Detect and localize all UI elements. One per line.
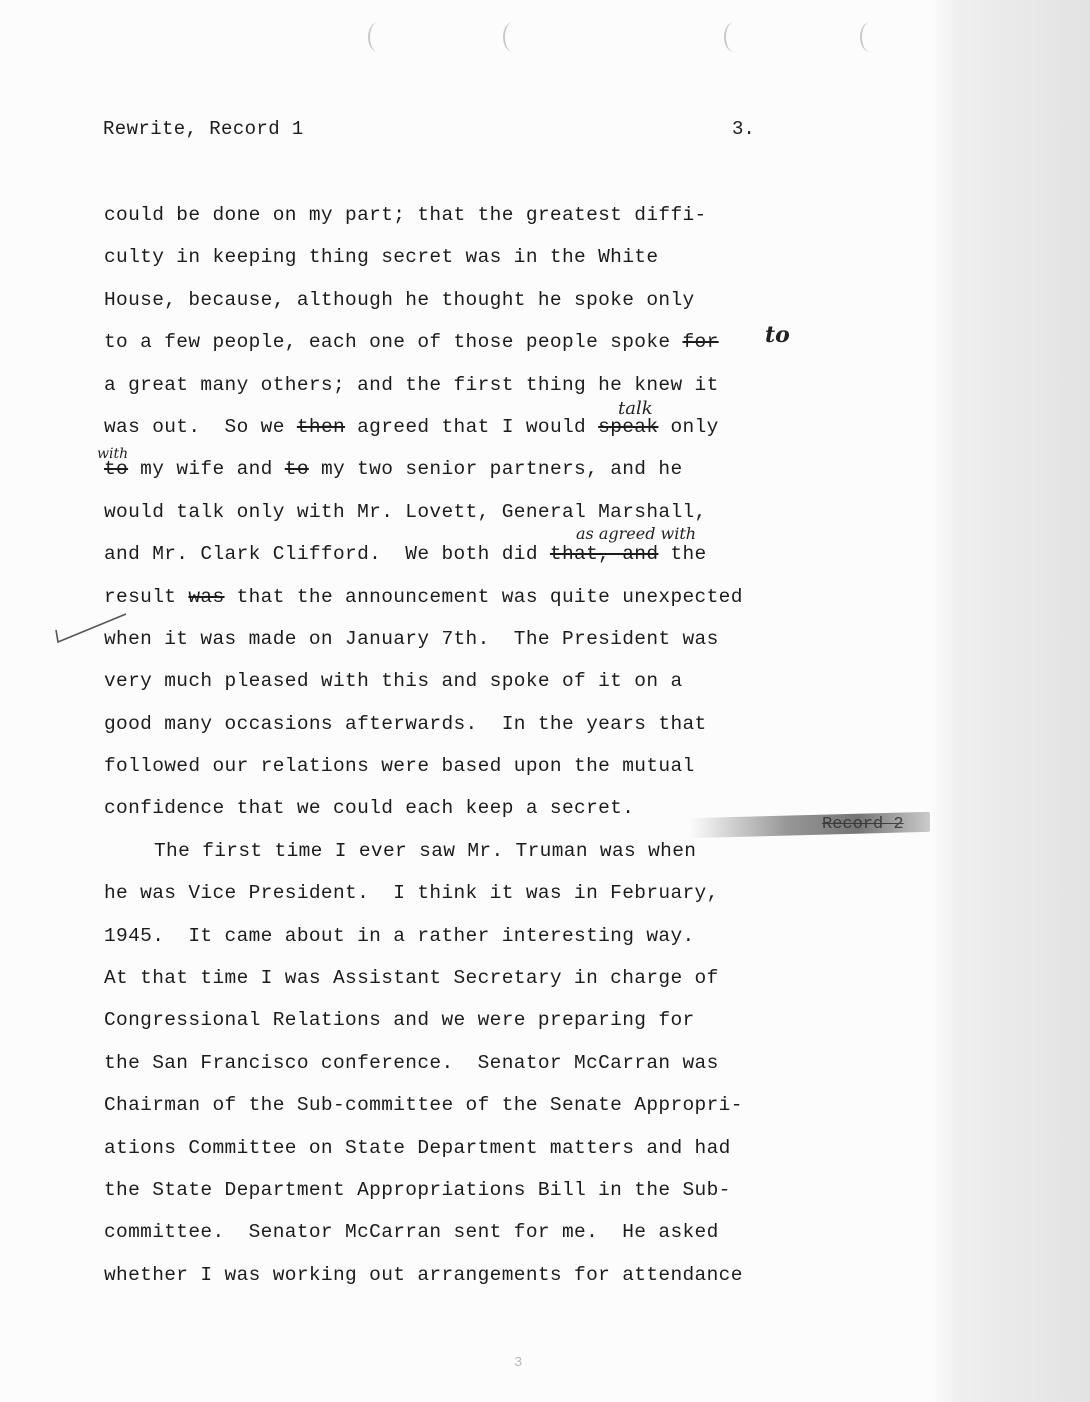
handwritten-insert-to: to — [765, 322, 790, 348]
punch-hole-mark — [860, 22, 880, 52]
text-line: 1945. It came about in a rather interest… — [104, 921, 824, 963]
text-segment: to a few people, each one of those peopl… — [104, 331, 683, 353]
text-line: whether I was working out arrangements f… — [104, 1260, 824, 1302]
document-page: Rewrite, Record 1 3. could be done on my… — [0, 0, 1090, 1402]
text-line: Congressional Relations and we were prep… — [104, 1005, 824, 1047]
document-title: Rewrite, Record 1 — [103, 118, 304, 140]
punch-hole-mark — [724, 22, 744, 52]
text-line: very much pleased with this and spoke of… — [104, 666, 824, 708]
text-line: the State Department Appropriations Bill… — [104, 1175, 824, 1217]
typed-body-text: could be done on my part; that the great… — [104, 200, 824, 1302]
text-segment: agreed that I would — [345, 416, 598, 438]
text-segment: my wife and — [128, 458, 285, 480]
text-segment: the State Department Appropriations Bill… — [104, 1179, 731, 1201]
text-line: The first time I ever saw Mr. Truman was… — [104, 836, 824, 878]
text-segment: result — [104, 586, 188, 608]
text-segment: that the announcement was quite unexpect… — [225, 586, 743, 608]
text-segment: only — [658, 416, 718, 438]
text-line: when it was made on January 7th. The Pre… — [104, 624, 824, 666]
text-line: was out. So we then agreed that I would … — [104, 412, 824, 454]
text-segment: when it was made on January 7th. The Pre… — [104, 628, 719, 650]
text-segment: At that time I was Assistant Secretary i… — [104, 967, 719, 989]
text-line: culty in keeping thing secret was in the… — [104, 242, 824, 284]
text-segment: culty in keeping thing secret was in the… — [104, 246, 658, 268]
struck-text: speak — [598, 416, 658, 438]
text-segment: The first time I ever saw Mr. Truman was… — [154, 840, 696, 862]
page-number: 3. — [732, 118, 755, 140]
text-segment: the San Francisco conference. Senator Mc… — [104, 1052, 719, 1074]
text-segment: Congressional Relations and we were prep… — [104, 1009, 695, 1031]
text-line: the San Francisco conference. Senator Mc… — [104, 1048, 824, 1090]
text-line: ations Committee on State Department mat… — [104, 1133, 824, 1175]
text-segment: could be done on my part; that the great… — [104, 204, 707, 226]
text-line: and Mr. Clark Clifford. We both did that… — [104, 539, 824, 581]
text-segment: committee. Senator McCarran sent for me.… — [104, 1221, 719, 1243]
text-line: would talk only with Mr. Lovett, General… — [104, 497, 824, 539]
text-line: could be done on my part; that the great… — [104, 200, 824, 242]
text-line: followed our relations were based upon t… — [104, 751, 824, 793]
text-segment: whether I was working out arrangements f… — [104, 1264, 743, 1286]
text-segment: ations Committee on State Department mat… — [104, 1137, 731, 1159]
text-line: At that time I was Assistant Secretary i… — [104, 963, 824, 1005]
text-line: to a few people, each one of those peopl… — [104, 327, 824, 369]
text-segment: and Mr. Clark Clifford. We both did — [104, 543, 550, 565]
text-segment: would talk only with Mr. Lovett, General… — [104, 501, 707, 523]
text-segment: followed our relations were based upon t… — [104, 755, 695, 777]
text-segment: confidence that we could each keep a sec… — [104, 797, 634, 819]
handwritten-insert-talk: talk — [618, 398, 653, 419]
punch-hole-mark — [503, 22, 523, 52]
margin-checkmark-icon — [48, 610, 128, 660]
text-segment: he was Vice President. I think it was in… — [104, 882, 719, 904]
struck-text: to — [285, 458, 309, 480]
punch-hole-mark — [368, 22, 388, 52]
struck-text: then — [297, 416, 345, 438]
text-segment: House, because, although he thought he s… — [104, 289, 695, 311]
text-segment: was out. So we — [104, 416, 297, 438]
text-line: he was Vice President. I think it was in… — [104, 878, 824, 920]
struck-text: was — [188, 586, 224, 608]
footer-page-mark: 3 — [514, 1355, 522, 1371]
struck-text: for — [683, 331, 719, 353]
text-segment: good many occasions afterwards. In the y… — [104, 713, 707, 735]
text-line: committee. Senator McCarran sent for me.… — [104, 1217, 824, 1259]
text-line: Chairman of the Sub-committee of the Sen… — [104, 1090, 824, 1132]
text-segment: very much pleased with this and spoke of… — [104, 670, 683, 692]
text-segment: my two senior partners, and he — [309, 458, 683, 480]
text-segment: a great many others; and the first thing… — [104, 374, 719, 396]
margin-note-record-2: Record 2 — [822, 815, 904, 834]
text-line: House, because, although he thought he s… — [104, 285, 824, 327]
text-line: good many occasions afterwards. In the y… — [104, 709, 824, 751]
struck-text: that, and — [550, 543, 658, 565]
text-line: to my wife and to my two senior partners… — [104, 454, 824, 496]
text-segment: 1945. It came about in a rather interest… — [104, 925, 695, 947]
handwritten-insert-with: with — [97, 446, 128, 462]
text-line: result was that the announcement was qui… — [104, 582, 824, 624]
text-segment: Chairman of the Sub-committee of the Sen… — [104, 1094, 743, 1116]
handwritten-insert-as-agreed-with: as agreed with — [576, 524, 696, 543]
text-segment: the — [658, 543, 706, 565]
text-line: a great many others; and the first thing… — [104, 370, 824, 412]
